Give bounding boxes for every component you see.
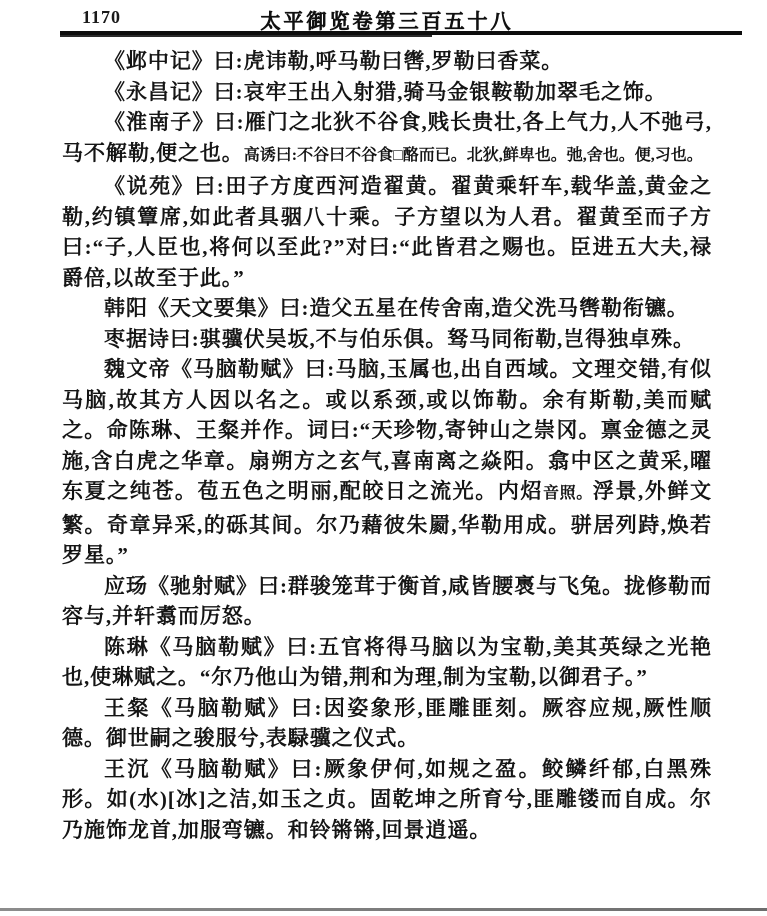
paragraph: 王粲《马脑勒赋》曰:因姿象形,匪雕匪刻。厥容应规,厥性顺德。御世嗣之骏服兮,表騄… (62, 693, 712, 754)
paragraph: 应玚《驰射赋》曰:群骏笼茸于衡首,咸皆腰褭与飞兔。拢修勒而容与,并轩翥而厉怒。 (62, 571, 712, 632)
text-run: 应玚《驰射赋》曰:群骏笼茸于衡首,咸皆腰褭与飞兔。拢修勒而容与,并轩翥而厉怒。 (62, 574, 712, 629)
bottom-rule (0, 908, 767, 911)
page-body: 《邺中记》曰:虎讳勒,呼马勒曰辔,罗勒曰香菜。《永昌记》曰:哀牢王出入射猎,骑马… (62, 46, 712, 845)
text-run: 王粲《马脑勒赋》曰:因姿象形,匪雕匪刻。厥容应规,厥性顺德。御世嗣之骏服兮,表騄… (62, 696, 712, 751)
paragraph: 魏文帝《马脑勒赋》曰:马脑,玉属也,出自西域。文理交错,有似马脑,故其方人因以名… (62, 354, 712, 571)
text-run: 枣据诗曰:骐骥伏吴坂,不与伯乐俱。驽马同衔勒,岂得独卓殊。 (104, 327, 695, 351)
text-run: 陈琳《马脑勒赋》曰:五官将得马脑以为宝勒,美其英绿之光艳也,使琳赋之。“尔乃他山… (62, 635, 712, 690)
text-run: 王沉《马脑勒赋》曰:厥象伊何,如规之盈。鲛鳞纤郁,白黑殊形。如(水)[冰]之洁,… (62, 757, 712, 842)
text-run: 韩阳《天文要集》曰:造父五星在传舍南,造父洗马辔勒衔镳。 (104, 296, 689, 320)
scanned-page: 1170 太平御览卷第三百五十八 《邺中记》曰:虎讳勒,呼马勒曰辔,罗勒曰香菜。… (0, 0, 767, 916)
paragraph: 《淮南子》曰:雁门之北狄不谷食,贱长贵壮,各上气力,人不弛弓,马不解勒,便之也。… (62, 107, 712, 171)
paragraph: 《邺中记》曰:虎讳勒,呼马勒曰辔,罗勒曰香菜。 (62, 46, 712, 77)
paragraph: 韩阳《天文要集》曰:造父五星在传舍南,造父洗马辔勒衔镳。 (62, 293, 712, 324)
paragraph: 枣据诗曰:骐骥伏吴坂,不与伯乐俱。驽马同衔勒,岂得独卓殊。 (62, 324, 712, 355)
annotation-run: 音照。 (543, 485, 593, 502)
paragraph: 《说苑》曰:田子方度西河造翟黄。翟黄乘轩车,载华盖,黄金之勒,约镇簟席,如此者具… (62, 171, 712, 293)
paragraph: 王沉《马脑勒赋》曰:厥象伊何,如规之盈。鲛鳞纤郁,白黑殊形。如(水)[冰]之洁,… (62, 754, 712, 846)
header-rule-shadow (60, 35, 432, 37)
paragraph: 陈琳《马脑勒赋》曰:五官将得马脑以为宝勒,美其英绿之光艳也,使琳赋之。“尔乃他山… (62, 632, 712, 693)
text-run: 《永昌记》曰:哀牢王出入射猎,骑马金银鞍勒加翠毛之饰。 (104, 80, 667, 104)
text-run: 《说苑》曰:田子方度西河造翟黄。翟黄乘轩车,载华盖,黄金之勒,约镇簟席,如此者具… (62, 174, 712, 290)
page-header-title: 太平御览卷第三百五十八 (62, 5, 712, 34)
annotation-run: 高诱曰:不谷曰不谷食□酪而已。北狄,鲜卑也。弛,舍也。便,习也。 (244, 147, 703, 164)
paragraph: 《永昌记》曰:哀牢王出入射猎,骑马金银鞍勒加翠毛之饰。 (62, 77, 712, 108)
text-run: 《邺中记》曰:虎讳勒,呼马勒曰辔,罗勒曰香菜。 (104, 49, 563, 73)
